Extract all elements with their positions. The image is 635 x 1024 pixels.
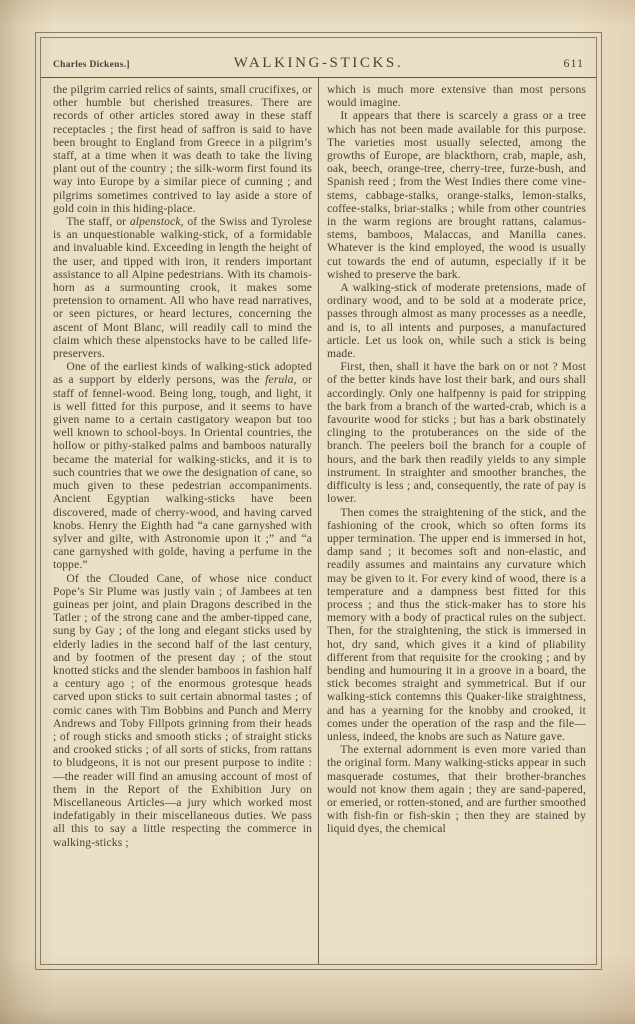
text-columns: the pilgrim carried relics of saints, sm… (41, 78, 596, 964)
page-title: WALKING-STICKS. (41, 55, 596, 72)
paragraph: One of the earliest kinds of walking-sti… (53, 360, 312, 571)
page-border-inner: Charles Dickens.] WALKING-STICKS. 611 th… (40, 37, 597, 965)
paragraph: First, then, shall it have the bark on o… (327, 360, 586, 505)
page-border-outer: Charles Dickens.] WALKING-STICKS. 611 th… (35, 32, 602, 970)
page-number: 611 (563, 56, 584, 71)
paragraph: The external adornment is even more vari… (327, 743, 586, 835)
paragraph: It appears that there is scarcely a gras… (327, 109, 586, 281)
paragraph: which is much more extensive than most p… (327, 83, 586, 109)
paragraph: the pilgrim carried relics of saints, sm… (53, 83, 312, 215)
left-column: the pilgrim carried relics of saints, sm… (41, 78, 318, 964)
paragraph: Of the Clouded Cane, of whose nice condu… (53, 572, 312, 849)
paragraph: The staff, or alpenstock, of the Swiss a… (53, 215, 312, 360)
paragraph: A walking-stick of moderate pretensions,… (327, 281, 586, 360)
paragraph: Then comes the straightening of the stic… (327, 506, 586, 744)
scanned-page: Charles Dickens.] WALKING-STICKS. 611 th… (0, 0, 635, 1024)
right-column: which is much more extensive than most p… (319, 78, 596, 964)
running-head: Charles Dickens.] WALKING-STICKS. 611 (41, 38, 596, 78)
